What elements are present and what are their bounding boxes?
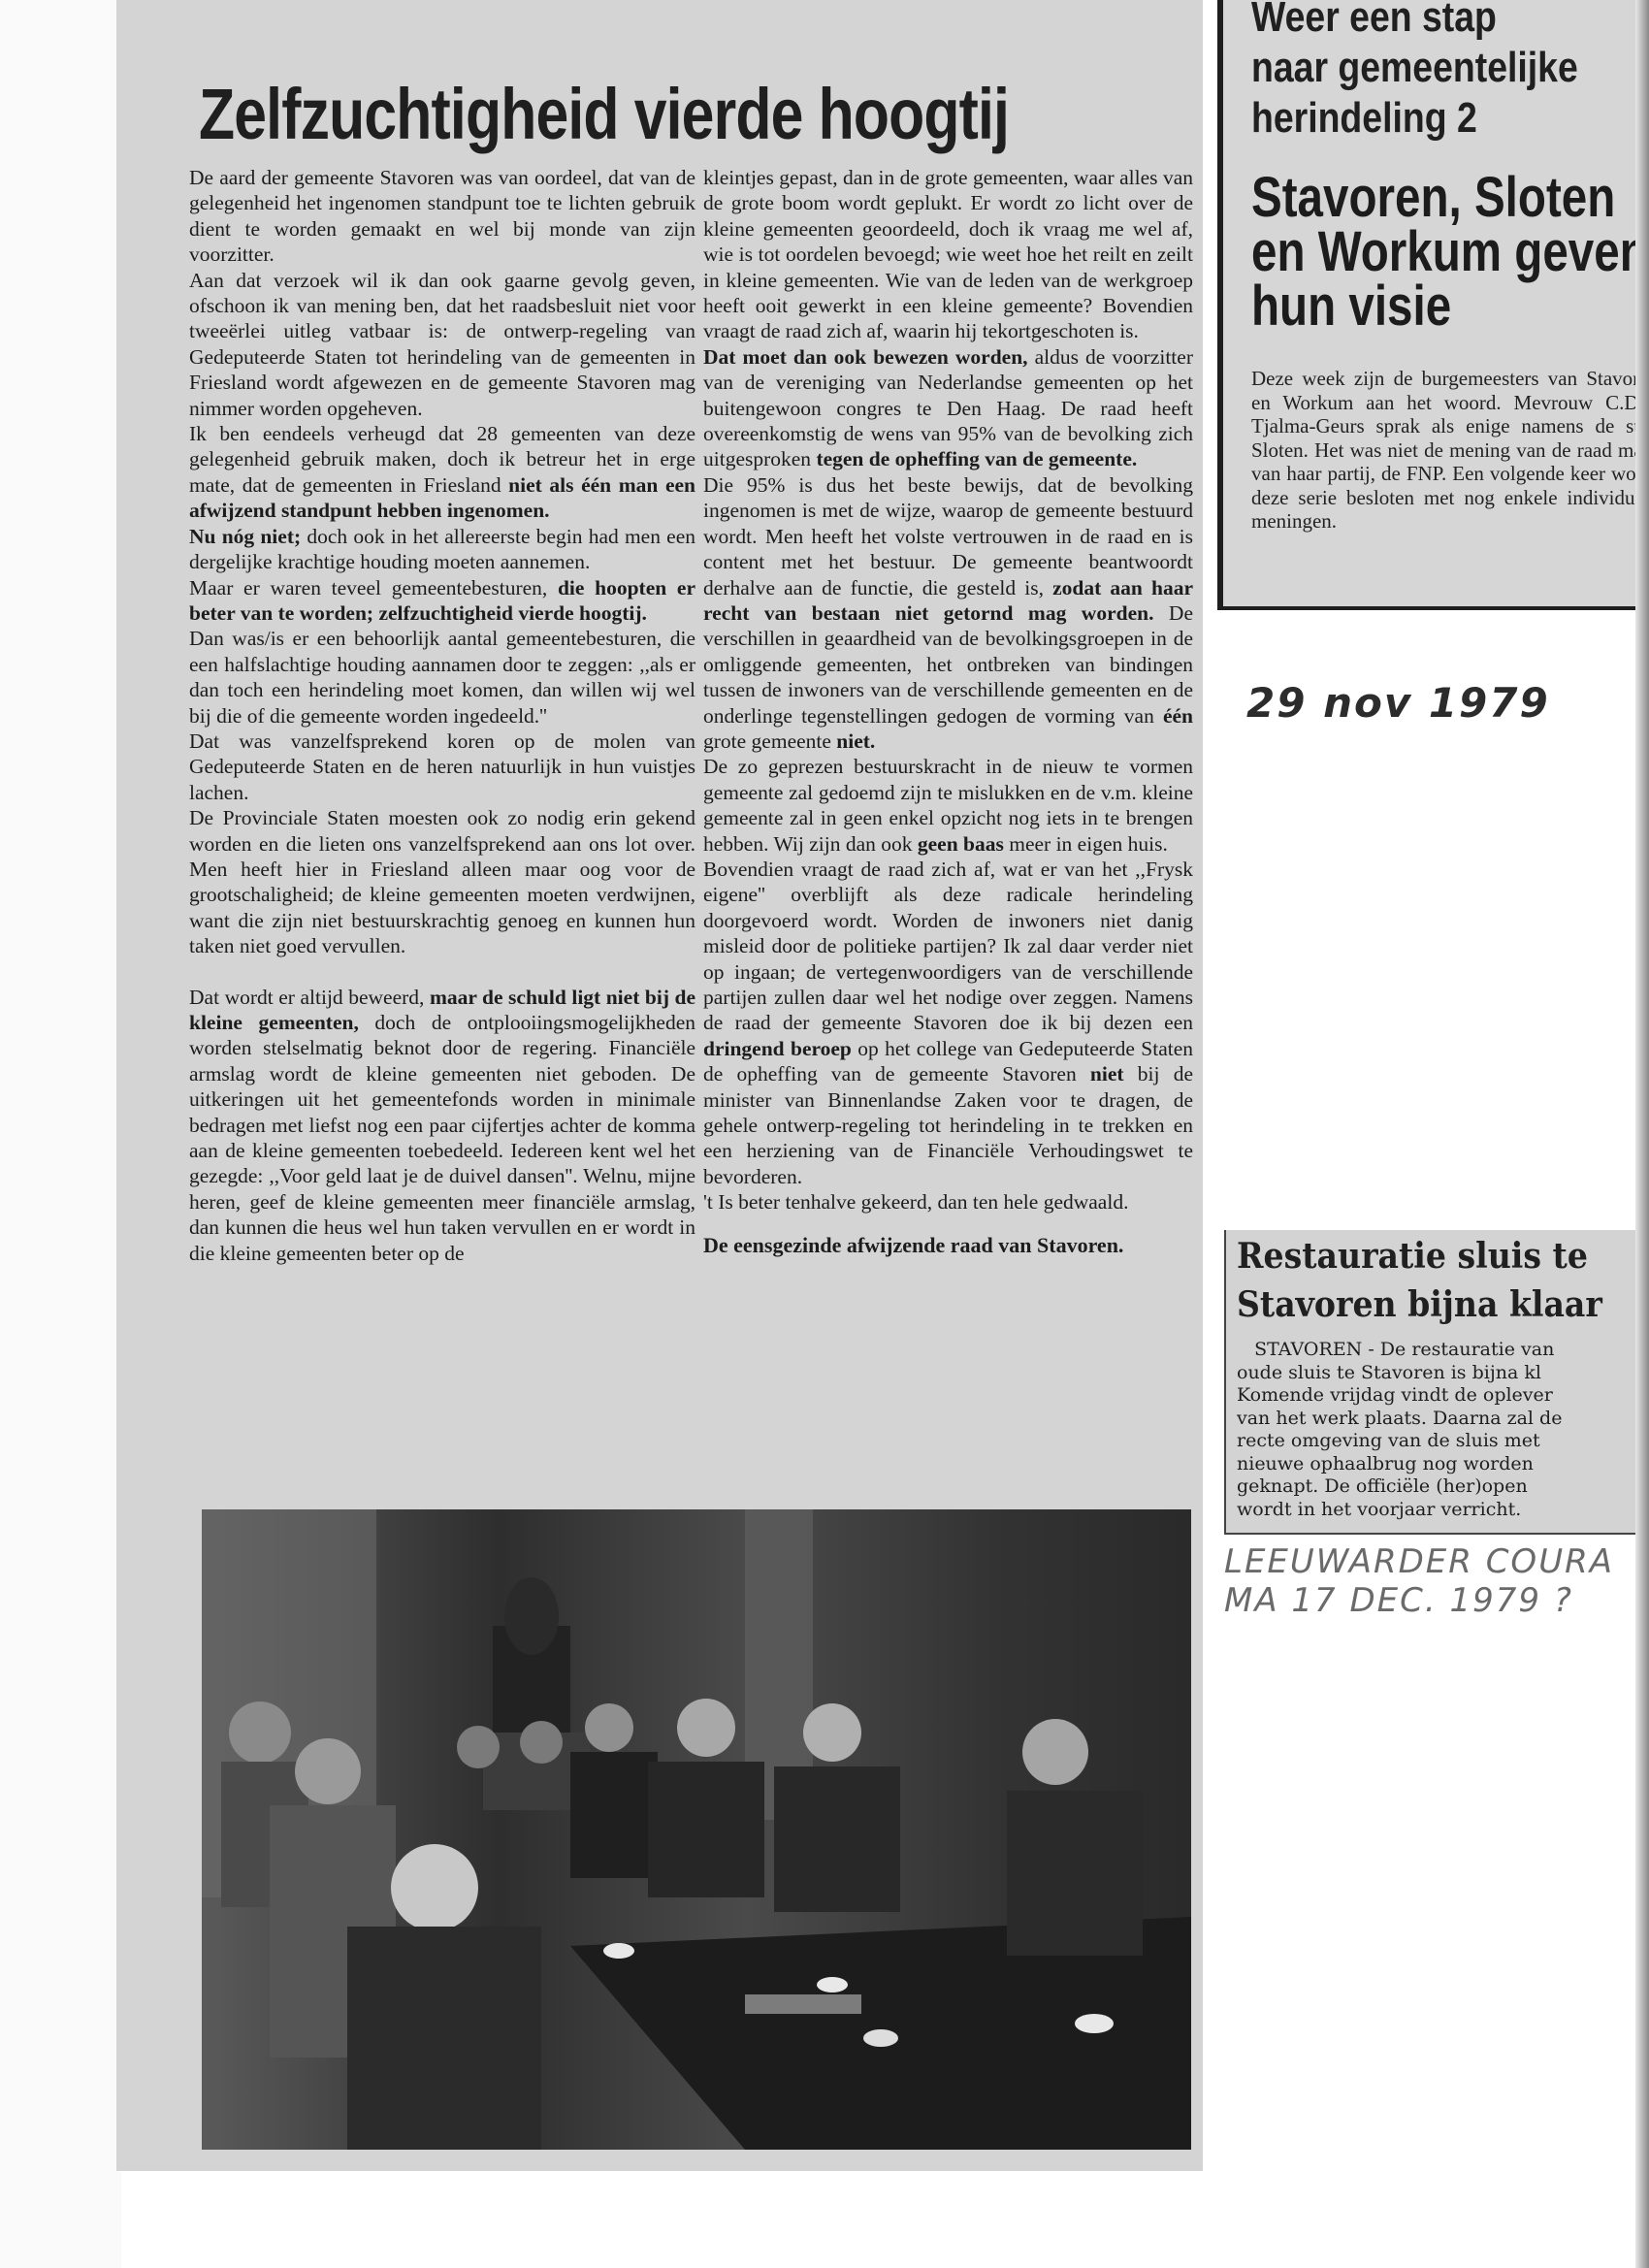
article-paragraph: Dat was vanzelfsprekend koren op de mole… <box>189 729 695 805</box>
small-article-line: geknapt. De officiële (her)open <box>1237 1475 1649 1499</box>
text-run: Dan was/is er een behoorlijk aantal geme… <box>189 627 695 727</box>
text-run: Aan dat verzoek wil ik dan ook gaarne ge… <box>189 269 695 420</box>
title-line: Stavoren, Sloten <box>1251 171 1617 225</box>
article-signature: De eensgezinde afwijzende raad van Stavo… <box>703 1233 1193 1258</box>
small-article-line: nieuwe ophaalbrug nog worden <box>1237 1453 1649 1476</box>
side-article-title: Stavoren, Sloten en Workum geven hun vis… <box>1251 171 1617 334</box>
kicker-line: herindeling 2 <box>1251 93 1598 144</box>
scan-margin <box>0 0 121 2268</box>
handwritten-source: LEEUWARDER COURA MA 17 DEC. 1979 ? <box>1224 1542 1614 1620</box>
article-paragraph: Bovendien vraagt de raad zich af, wat er… <box>703 857 1193 1189</box>
article-column-left: De aard der gemeente Stavoren was van oo… <box>189 165 695 1266</box>
small-article-line: van het werk plaats. Daarna zal de <box>1237 1408 1649 1431</box>
title-line: Restauratie sluis te <box>1237 1232 1621 1280</box>
article-paragraph: Nu nóg niet; doch ook in het allereerste… <box>189 524 695 575</box>
text-run: kleintjes gepast, dan in de grote gemeen… <box>703 166 1193 342</box>
photo-image <box>202 1509 1191 2150</box>
source-line: LEEUWARDER COURA <box>1224 1542 1614 1581</box>
council-photo <box>202 1509 1191 2150</box>
source-line: MA 17 DEC. 1979 ? <box>1224 1581 1614 1620</box>
text-run: Maar er waren teveel gemeentebesturen, <box>189 576 558 599</box>
side-article-kicker: Weer een stap naar gemeentelijke herinde… <box>1251 0 1598 144</box>
kicker-line: naar gemeentelijke <box>1251 43 1598 93</box>
text-run: doch de ontplooiingsmogelijkheden worden… <box>189 1011 695 1265</box>
bold-phrase: niet. <box>836 729 875 753</box>
text-run: Bovendien vraagt de raad zich af, wat er… <box>703 858 1193 1034</box>
text-run: De aard der gemeente Stavoren was van oo… <box>189 166 695 266</box>
text-run: De Provinciale Staten moesten ook zo nod… <box>189 806 695 957</box>
scan-edge <box>1635 0 1649 2268</box>
small-article-line: recte omgeving van de sluis met <box>1237 1430 1649 1453</box>
bold-phrase: één <box>1163 704 1193 728</box>
small-article-line: wordt in het voorjaar verricht. <box>1237 1499 1649 1522</box>
text-run: 't Is beter tenhalve gekeerd, dan ten he… <box>703 1190 1128 1214</box>
article-paragraph: Maar er waren teveel gemeentebesturen, d… <box>189 575 695 627</box>
text-run: grote gemeente <box>703 729 836 753</box>
article-paragraph: De aard der gemeente Stavoren was van oo… <box>189 165 695 268</box>
title-line: en Workum geven <box>1251 225 1617 279</box>
article-paragraph: Aan dat verzoek wil ik dan ook gaarne ge… <box>189 268 695 421</box>
bold-phrase: Dat moet dan ook bewezen worden, <box>703 345 1028 369</box>
article-paragraph: De Provinciale Staten moesten ook zo nod… <box>189 805 695 958</box>
title-line: Stavoren bijna klaar <box>1237 1280 1621 1329</box>
small-article-line: STAVOREN - De restauratie van <box>1237 1339 1649 1362</box>
article-paragraph: Die 95% is dus het beste bewijs, dat de … <box>703 472 1193 754</box>
small-article-title: Restauratie sluis te Stavoren bijna klaa… <box>1237 1232 1621 1329</box>
text-run: meer in eigen huis. <box>1004 832 1168 856</box>
small-article-line: Komende vrijdag vindt de oplever <box>1237 1384 1649 1408</box>
article-column-right: kleintjes gepast, dan in de grote gemeen… <box>703 165 1193 1258</box>
main-headline: Zelfzuchtigheid vierde hoogtij <box>199 76 994 153</box>
article-paragraph: Dat wordt er altijd beweerd, maar de sch… <box>189 985 695 1266</box>
small-article-line: oude sluis te Stavoren is bijna kl <box>1237 1362 1649 1385</box>
bold-phrase: tegen de opheffing van de gemeente. <box>816 447 1137 470</box>
article-paragraph: 't Is beter tenhalve gekeerd, dan ten he… <box>703 1189 1193 1215</box>
bold-phrase: Nu nóg niet; <box>189 525 301 548</box>
side-article-intro: Deze week zijn de burgemeesters van Stav… <box>1251 367 1649 534</box>
handwritten-date: 29 nov 1979 <box>1246 679 1550 727</box>
article-paragraph: Dan was/is er een behoorlijk aantal geme… <box>189 626 695 729</box>
bold-phrase: niet <box>1090 1062 1124 1085</box>
article-paragraph: kleintjes gepast, dan in de grote gemeen… <box>703 165 1193 344</box>
article-paragraph: Dat moet dan ook bewezen worden, aldus d… <box>703 344 1193 472</box>
bold-phrase: dringend beroep <box>703 1037 852 1060</box>
text-run: Dat wordt er altijd beweerd, <box>189 986 430 1009</box>
article-paragraph: Ik ben eendeels verheugd dat 28 gemeente… <box>189 421 695 524</box>
title-line: hun visie <box>1251 279 1617 334</box>
article-paragraph: De zo geprezen bestuurskracht in de nieu… <box>703 754 1193 857</box>
small-article-body: STAVOREN - De restauratie vanoude sluis … <box>1237 1339 1649 1521</box>
kicker-line: Weer een stap <box>1251 0 1598 43</box>
text-run: Dat was vanzelfsprekend koren op de mole… <box>189 729 695 804</box>
bold-phrase: geen baas <box>918 832 1004 856</box>
